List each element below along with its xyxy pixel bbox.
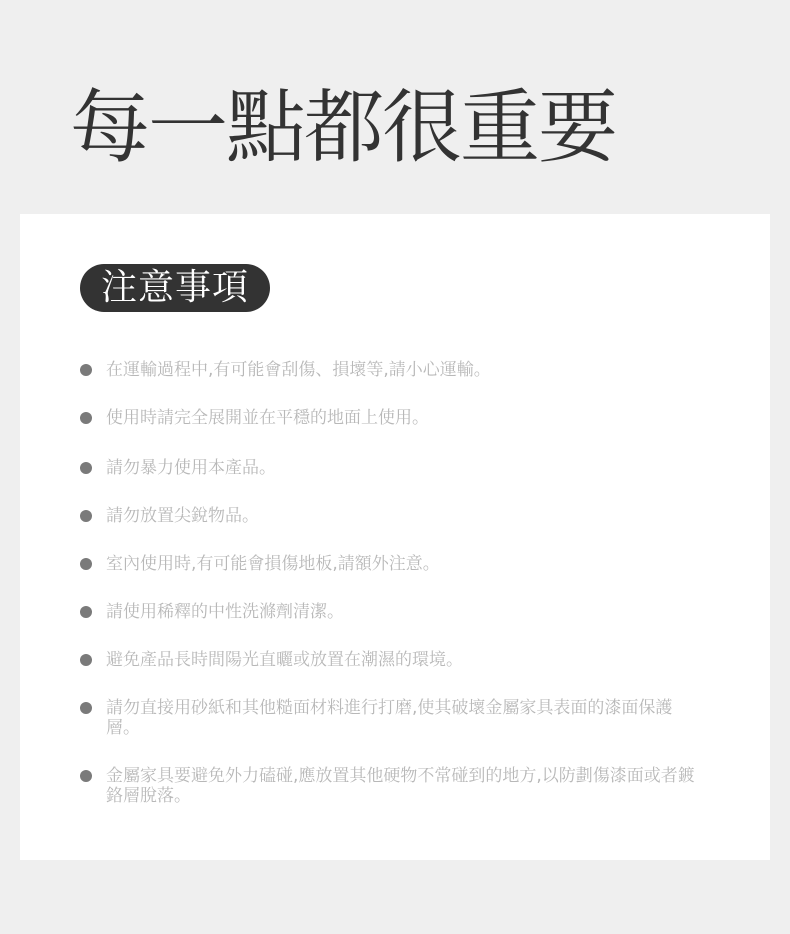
notice-item: 室內使用時,有可能會損傷地板,請額外注意。	[80, 554, 746, 574]
page-headline: 每一點都很重要	[70, 78, 616, 178]
notice-card: 注意事項 在運輸過程中,有可能會刮傷、損壞等,請小心運輸。 使用時請完全展開並在…	[20, 214, 770, 860]
bullet-icon	[80, 558, 92, 570]
bullet-icon	[80, 606, 92, 618]
bullet-icon	[80, 654, 92, 666]
notice-item: 金屬家具要避免外力磕碰,應放置其他硬物不常碰到的地方,以防劃傷漆面或者鍍鉻層脫落…	[80, 766, 706, 806]
notice-item: 使用時請完全展開並在平穩的地面上使用。	[80, 408, 746, 428]
bullet-icon	[80, 412, 92, 424]
notice-item: 請勿放置尖銳物品。	[80, 506, 746, 526]
bullet-icon	[80, 364, 92, 376]
notice-item: 避免產品長時間陽光直曬或放置在潮濕的環境。	[80, 650, 746, 670]
notice-item: 請使用稀釋的中性洗滌劑清潔。	[80, 602, 746, 622]
bullet-icon	[80, 462, 92, 474]
notice-item: 請勿直接用砂紙和其他糙面材料進行打磨,使其破壞金屬家具表面的漆面保護層。	[80, 698, 706, 738]
notice-badge: 注意事項	[80, 264, 270, 312]
bullet-icon	[80, 770, 92, 782]
bullet-icon	[80, 702, 92, 714]
notice-item: 在運輸過程中,有可能會刮傷、損壞等,請小心運輸。	[80, 360, 746, 380]
bullet-icon	[80, 510, 92, 522]
notice-item: 請勿暴力使用本產品。	[80, 458, 746, 478]
